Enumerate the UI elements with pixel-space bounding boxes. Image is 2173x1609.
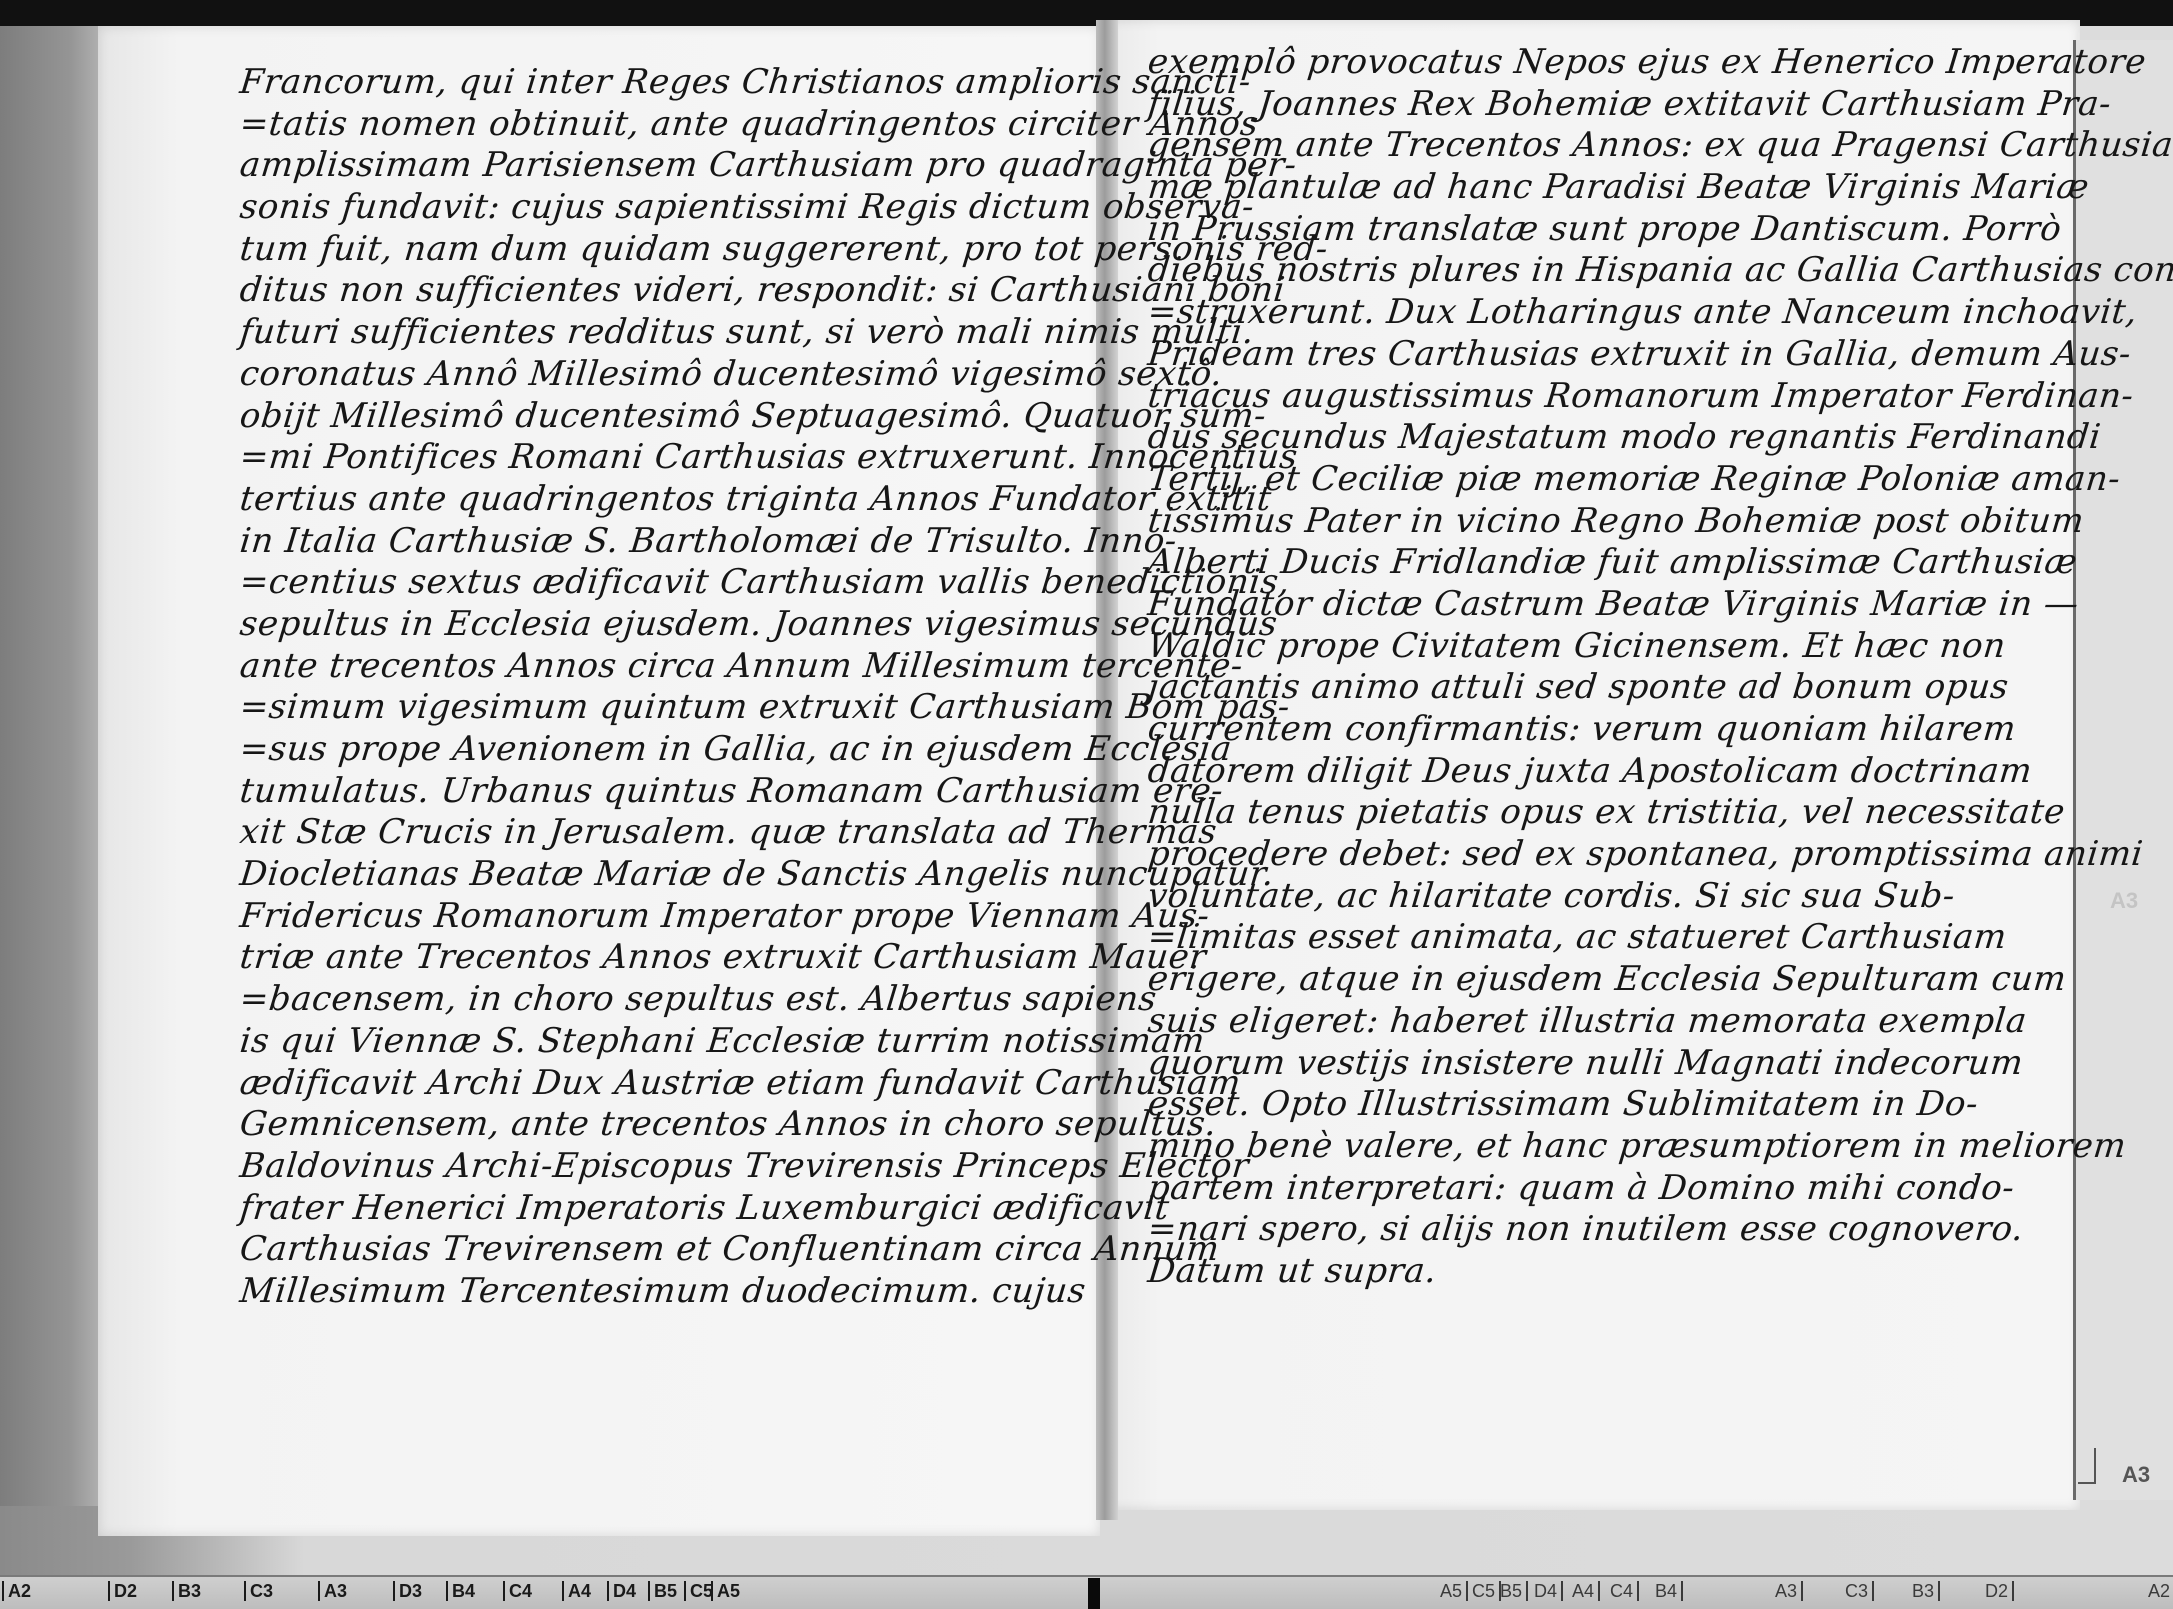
manuscript-line: futuri sufficientes redditus sunt, si ve… — [238, 312, 1082, 354]
manuscript-line: in Italia Carthusiæ S. Bartholomæi de Tr… — [238, 521, 1082, 563]
manuscript-line: in Prussiam translatæ sunt prope Dantisc… — [1146, 209, 1980, 251]
manuscript-line: triæ ante Trecentos Annos extruxit Carth… — [238, 937, 1082, 979]
ruler-center-marker — [1088, 1578, 1100, 1609]
manuscript-line: Gemnicensem, ante trecentos Annos in cho… — [238, 1104, 1082, 1146]
ruler-label: B4 — [446, 1581, 475, 1601]
manuscript-line: Carthusias Trevirensem et Confluentinam … — [238, 1229, 1082, 1271]
manuscript-line: =simum vigesimum quintum extruxit Carthu… — [238, 687, 1082, 729]
ruler-label: A4 — [562, 1581, 591, 1601]
manuscript-line: xit Stæ Crucis in Jerusalem. quæ transla… — [238, 812, 1082, 854]
manuscript-line: quorum vestijs insistere nulli Magnati i… — [1146, 1043, 1980, 1085]
manuscript-line: mæ plantulæ ad hanc Paradisi Beatæ Virgi… — [1146, 167, 1980, 209]
ruler-label: B4 — [1655, 1581, 1683, 1601]
side-bracket — [2078, 1448, 2096, 1484]
manuscript-line: partem interpretari: quam à Domino mihi … — [1146, 1168, 1980, 1210]
ruler-label: B3 — [172, 1581, 201, 1601]
ruler-label: A5 — [1440, 1581, 1468, 1601]
manuscript-line: =tatis nomen obtinuit, ante quadringento… — [238, 104, 1082, 146]
manuscript-line: is qui Viennæ S. Stephani Ecclesiæ turri… — [238, 1021, 1082, 1063]
manuscript-line: Datum ut supra. — [1146, 1251, 1980, 1293]
manuscript-line: =sus prope Avenionem in Gallia, ac in ej… — [238, 729, 1082, 771]
ruler-label: B5 — [1500, 1581, 1528, 1601]
ruler-label: A2 — [2148, 1581, 2173, 1601]
manuscript-line: Tertij, et Ceciliæ piæ memoriæ Reginæ Po… — [1146, 459, 1980, 501]
side-label-upper: A3 — [2110, 888, 2138, 914]
manuscript-line: =limitas esset animata, ac statueret Car… — [1146, 917, 1980, 959]
manuscript-line: exemplô provocatus Nepos ejus ex Heneric… — [1146, 42, 1980, 84]
manuscript-line: =centius sextus ædificavit Carthusiam va… — [238, 562, 1082, 604]
manuscript-line: dus secundus Majestatum modo regnantis F… — [1146, 417, 1980, 459]
manuscript-line: filius, Joannes Rex Bohemiæ extitavit Ca… — [1146, 84, 1980, 126]
ruler-label: A3 — [1775, 1581, 1803, 1601]
manuscript-line: Fundator dictæ Castrum Beatæ Virginis Ma… — [1146, 584, 1980, 626]
manuscript-line: =mi Pontifices Romani Carthusias extruxe… — [238, 437, 1082, 479]
manuscript-line: voluntate, ac hilaritate cordis. Si sic … — [1146, 876, 1980, 918]
left-book-edge — [0, 26, 100, 1506]
manuscript-line: ditus non sufficientes videri, respondit… — [238, 270, 1082, 312]
ruler-label: B3 — [1912, 1581, 1940, 1601]
manuscript-line: tertius ante quadringentos triginta Anno… — [238, 479, 1082, 521]
ruler-label: D2 — [108, 1581, 137, 1601]
manuscript-line: =nari spero, si alijs non inutilem esse … — [1146, 1209, 1980, 1251]
manuscript-line: ante trecentos Annos circa Annum Millesi… — [238, 646, 1082, 688]
manuscript-line: nulla tenus pietatis opus ex tristitia, … — [1146, 792, 1980, 834]
ruler-label: C3 — [244, 1581, 273, 1601]
side-label-lower: A3 — [2122, 1462, 2150, 1488]
manuscript-line: ædificavit Archi Dux Austriæ etiam funda… — [238, 1063, 1082, 1105]
ruler-label: B5 — [648, 1581, 677, 1601]
manuscript-line: jactantis animo attuli sed sponte ad bon… — [1146, 667, 1980, 709]
ruler-label: C5 — [1472, 1581, 1501, 1601]
manuscript-line: erigere, atque in ejusdem Ecclesia Sepul… — [1146, 959, 1980, 1001]
ruler-label: C5 — [684, 1581, 713, 1601]
manuscript-line: Waldic prope Civitatem Gicinensem. Et hæ… — [1146, 626, 1980, 668]
ruler-label: A3 — [318, 1581, 347, 1601]
manuscript-line: =struxerunt. Dux Lotharingus ante Nanceu… — [1146, 292, 1980, 334]
ruler-label: C3 — [1845, 1581, 1874, 1601]
manuscript-line: Francorum, qui inter Reges Christianos a… — [238, 62, 1082, 104]
manuscript-line: Alberti Ducis Fridlandiæ fuit amplissimæ… — [1146, 542, 1980, 584]
manuscript-line: diebus nostris plures in Hispania ac Gal… — [1146, 250, 1980, 292]
manuscript-line: coronatus Annô Millesimô ducentesimô vig… — [238, 354, 1082, 396]
manuscript-line: =bacensem, in choro sepultus est. Albert… — [238, 979, 1082, 1021]
ruler-label: C4 — [1610, 1581, 1639, 1601]
manuscript-line: currentem confirmantis: verum quoniam hi… — [1146, 709, 1980, 751]
manuscript-line: esset. Opto Illustrissimam Sublimitatem … — [1146, 1084, 1980, 1126]
manuscript-line: Diocletianas Beatæ Mariæ de Sanctis Ange… — [238, 854, 1082, 896]
manuscript-line: Millesimum Tercentesimum duodecimum. cuj… — [238, 1271, 1082, 1313]
manuscript-line: sonis fundavit: cujus sapientissimi Regi… — [238, 187, 1082, 229]
right-page-text: exemplô provocatus Nepos ejus ex Heneric… — [1148, 42, 1978, 1293]
manuscript-line: amplissimam Parisiensem Carthusiam pro q… — [238, 145, 1082, 187]
manuscript-line: procedere debet: sed ex spontanea, promp… — [1146, 834, 1980, 876]
manuscript-line: tum fuit, nam dum quidam suggererent, pr… — [238, 229, 1082, 271]
manuscript-line: gensem ante Trecentos Annos: ex qua Prag… — [1146, 125, 1980, 167]
ruler-label: A4 — [1572, 1581, 1600, 1601]
ruler-label: A2 — [2, 1581, 31, 1601]
manuscript-line: mino benè valere, et hanc præsumptiorem … — [1146, 1126, 1980, 1168]
manuscript-line: obijt Millesimô ducentesimô Septuagesimô… — [238, 396, 1082, 438]
ruler-label: D2 — [1985, 1581, 2014, 1601]
manuscript-line: suis eligeret: haberet illustria memorat… — [1146, 1001, 1980, 1043]
ruler-label: A5 — [711, 1581, 740, 1601]
manuscript-line: Fridericus Romanorum Imperator prope Vie… — [238, 896, 1082, 938]
ruler-label: D4 — [607, 1581, 636, 1601]
manuscript-line: Prideam tres Carthusias extruxit in Gall… — [1146, 334, 1980, 376]
manuscript-line: triacus augustissimus Romanorum Imperato… — [1146, 376, 1980, 418]
manuscript-line: tumulatus. Urbanus quintus Romanam Carth… — [238, 771, 1082, 813]
manuscript-line: sepultus in Ecclesia ejusdem. Joannes vi… — [238, 604, 1082, 646]
ruler-label: D3 — [393, 1581, 422, 1601]
manuscript-line: frater Henerici Imperatoris Luxemburgici… — [238, 1188, 1082, 1230]
manuscript-line: tissimus Pater in vicino Regno Bohemiæ p… — [1146, 501, 1980, 543]
manuscript-line: Baldovinus Archi-Episcopus Trevirensis P… — [238, 1146, 1082, 1188]
ruler-label: D4 — [1534, 1581, 1563, 1601]
left-page-text: Francorum, qui inter Reges Christianos a… — [240, 62, 1080, 1313]
ruler-label: C4 — [503, 1581, 532, 1601]
manuscript-line: datorem diligit Deus juxta Apostolicam d… — [1146, 751, 1980, 793]
